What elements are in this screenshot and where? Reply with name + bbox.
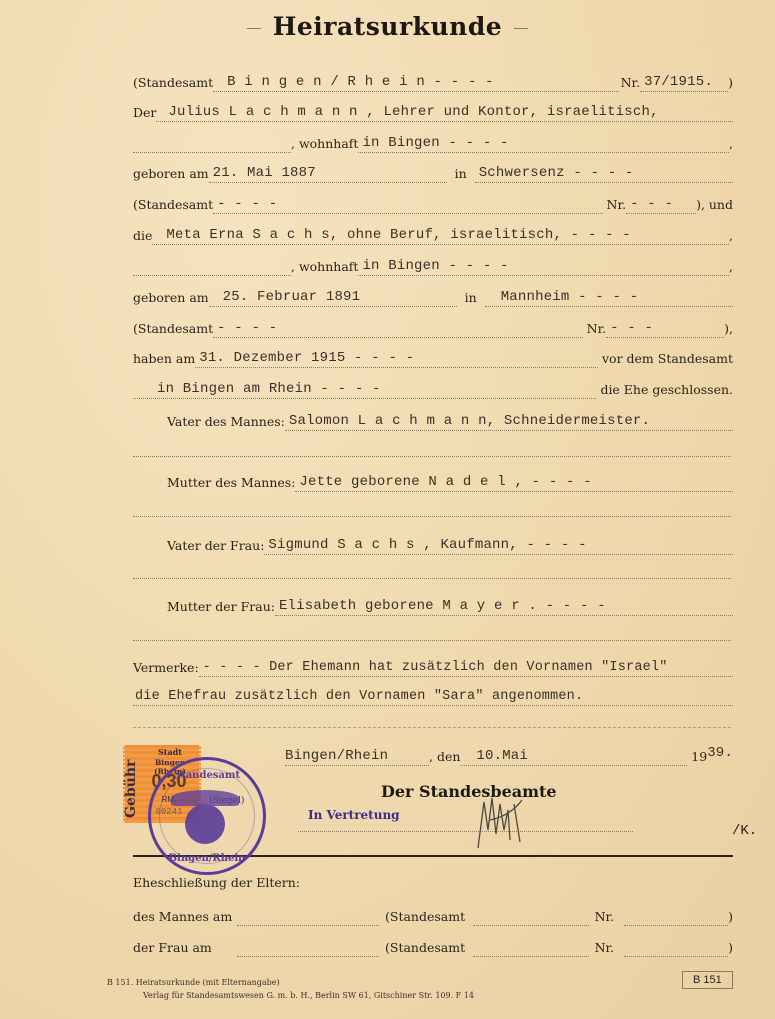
den-label: , den [429,749,460,766]
remarks-line-1: - - - - Der Ehemann hat zusätzlich den V… [199,660,733,677]
title-dash-left [247,28,261,29]
close-paren: ) [728,909,733,926]
wohnhaft-label: , wohnhaft [291,259,358,276]
issue-place-value: Bingen/Rhein [285,748,429,766]
fee-stamp-side-label: Gebühr [123,757,143,821]
deputy-label: In Vertretung [308,808,400,822]
blank-line [133,640,731,641]
comma: , [729,228,733,245]
wife-residence-row: , wohnhaft in Bingen - - - - , [133,254,733,276]
nr-label: Nr. [587,321,607,338]
signature-scribble [470,790,530,852]
mother-husband-value: Jette geborene N a d e l , - - - - [295,474,733,492]
footer-publisher-line: Verlag für Standesamtswesen G. m. b. H.,… [143,991,474,1000]
wife-pre-blank [133,274,291,276]
parents-marriage-heading: Eheschließung der Eltern: [133,875,300,890]
seal-top-text: Standesamt [151,770,263,781]
standesamt-label: (Standesamt [133,197,213,214]
remarks-row-1: Vermerke: - - - - Der Ehemann hat zusätz… [133,655,733,677]
year-prefix: 19 [691,749,707,766]
haben-label: haben am [133,351,195,368]
wife-parents-nr-blank [624,955,728,957]
blank-line [133,516,731,517]
blank-line [133,578,731,579]
nr-label: Nr. [621,75,641,92]
husband-nr-value: - - - [626,196,696,214]
wife-nr-value: - - - [606,320,724,338]
comma: , [729,136,733,153]
ehe-geschlossen-label: die Ehe geschlossen. [600,382,733,399]
standesamt-label: (Standesamt [385,909,465,926]
issue-place-date-row: Bingen/Rhein , den 10.Mai 19 39. [285,744,733,766]
nr-label: Nr. [607,197,627,214]
parents-marriage-wife-row: der Frau am (Standesamt Nr. ) [133,935,733,957]
marriage-date-row: haben am 31. Dezember 1915 - - - - vor d… [133,346,733,368]
husband-parents-nr-blank [624,924,728,926]
seal-bottom-text: Bingen/Rhein [151,853,263,864]
vor-dem-standesamt-label: vor dem Standesamt [602,351,733,368]
reference-suffix: /K. [732,823,757,839]
standesamt-label: (Standesamt [133,75,213,92]
marriage-place-row: in Bingen am Rhein - - - - die Ehe gesch… [133,377,733,399]
title-text: Heiratsurkunde [273,12,502,41]
marriage-date-value: 31. Dezember 1915 - - - - [195,350,598,368]
geboren-label: geboren am [133,290,209,307]
husband-birth-row: geboren am 21. Mai 1887 in Schwersenz - … [133,161,733,183]
husband-name-value: Julius L a c h m a n n , Lehrer und Kont… [156,104,733,122]
close-paren: ) [728,75,733,92]
close-paren: ) [728,940,733,957]
mother-wife-value: Elisabeth geborene M a y e r . - - - - [275,598,733,616]
wife-birthdate-value: 25. Februar 1891 [209,289,457,307]
separator-line [133,727,731,728]
nr-label: Nr. [595,940,615,957]
fee-stamp-line1: Stadt [143,747,197,757]
comma: , [729,259,733,276]
seal-emblem-icon [185,804,225,844]
parents-marriage-husband-row: des Mannes am (Standesamt Nr. ) [133,904,733,926]
wohnhaft-label: , wohnhaft [291,136,358,153]
der-frau-am-label: der Frau am [133,940,237,957]
wife-standesamt-row: (Standesamt - - - - Nr. - - - ), [133,316,733,338]
wife-name-row: die Meta Erna S a c h s, ohne Beruf, isr… [133,223,733,245]
geboren-label: geboren am [133,166,209,183]
der-label: Der [133,105,156,122]
und-label: ), und [696,197,733,214]
husband-residence-value: in Bingen - - - - [358,135,729,153]
form-code-box: B 151 [682,971,733,989]
die-label: die [133,228,152,245]
standesamt-value: B i n g e n / R h e i n - - - - [213,74,618,92]
remarks-line-2: die Ehefrau zusätzlich den Vornamen "Sar… [133,689,733,706]
father-wife-value: Sigmund S a c h s , Kaufmann, - - - - [264,537,733,555]
husband-birthdate-value: 21. Mai 1887 [209,165,447,183]
wife-name-value: Meta Erna S a c h s, ohne Beruf, israeli… [152,227,729,245]
husband-pre-blank [133,151,291,153]
remarks-row-2: die Ehefrau zusätzlich den Vornamen "Sar… [133,684,733,706]
in-label: in [465,290,477,307]
husband-parents-standesamt-blank [473,924,588,926]
signature-line [298,831,633,832]
footer-form-line: B 151. Heiratsurkunde (mit Elternangabe) [107,978,280,987]
standesamt-label: (Standesamt [385,940,465,957]
wife-birth-row: geboren am 25. Februar 1891 in Mannheim … [133,285,733,307]
husband-parents-date-blank [237,924,379,926]
vater-mannes-label: Vater des Mannes: [167,414,285,431]
nr-value: 37/1915. [640,74,728,92]
father-husband-value: Salomon L a c h m a n n, Schneidermeiste… [285,413,733,431]
wife-birthplace-value: Mannheim - - - - [485,289,733,307]
vermerke-label: Vermerke: [133,660,199,677]
husband-name-row: Der Julius L a c h m a n n , Lehrer und … [133,100,733,122]
mutter-mannes-label: Mutter des Mannes: [167,475,295,492]
official-seal: Standesamt (Siegel) Bingen/Rhein [148,757,266,875]
vater-frau-label: Vater der Frau: [167,538,264,555]
header-standesamt-row: (Standesamt B i n g e n / R h e i n - - … [133,70,733,92]
mother-wife-row: Mutter der Frau: Elisabeth geborene M a … [167,594,733,616]
husband-standesamt-value: - - - - [213,196,602,214]
standesamt-label: (Standesamt [133,321,213,338]
father-husband-row: Vater des Mannes: Salomon L a c h m a n … [167,409,733,431]
document-title: Heiratsurkunde [0,12,775,41]
husband-standesamt-row: (Standesamt - - - - Nr. - - - ), und [133,192,733,214]
blank-line [133,456,731,457]
issue-date-value: 10.Mai [460,748,687,766]
husband-residence-row: , wohnhaft in Bingen - - - - , [133,131,733,153]
official-title: Der Standesbeamte [381,782,557,801]
mother-husband-row: Mutter des Mannes: Jette geborene N a d … [167,470,733,492]
wife-standesamt-value: - - - - [213,320,583,338]
mutter-frau-label: Mutter der Frau: [167,599,275,616]
marriage-place-value: in Bingen am Rhein - - - - [133,381,596,399]
wife-residence-value: in Bingen - - - - [358,258,729,276]
title-dash-right [514,28,528,29]
wife-parents-standesamt-blank [473,955,588,957]
nr-label: Nr. [595,909,615,926]
wife-parents-date-blank [237,955,379,957]
des-mannes-am-label: des Mannes am [133,909,237,926]
in-label: in [455,166,467,183]
close-paren: ), [724,321,733,338]
father-wife-row: Vater der Frau: Sigmund S a c h s , Kauf… [167,533,733,555]
year-value: 39. [707,745,733,766]
husband-birthplace-value: Schwersenz - - - - [475,165,733,183]
